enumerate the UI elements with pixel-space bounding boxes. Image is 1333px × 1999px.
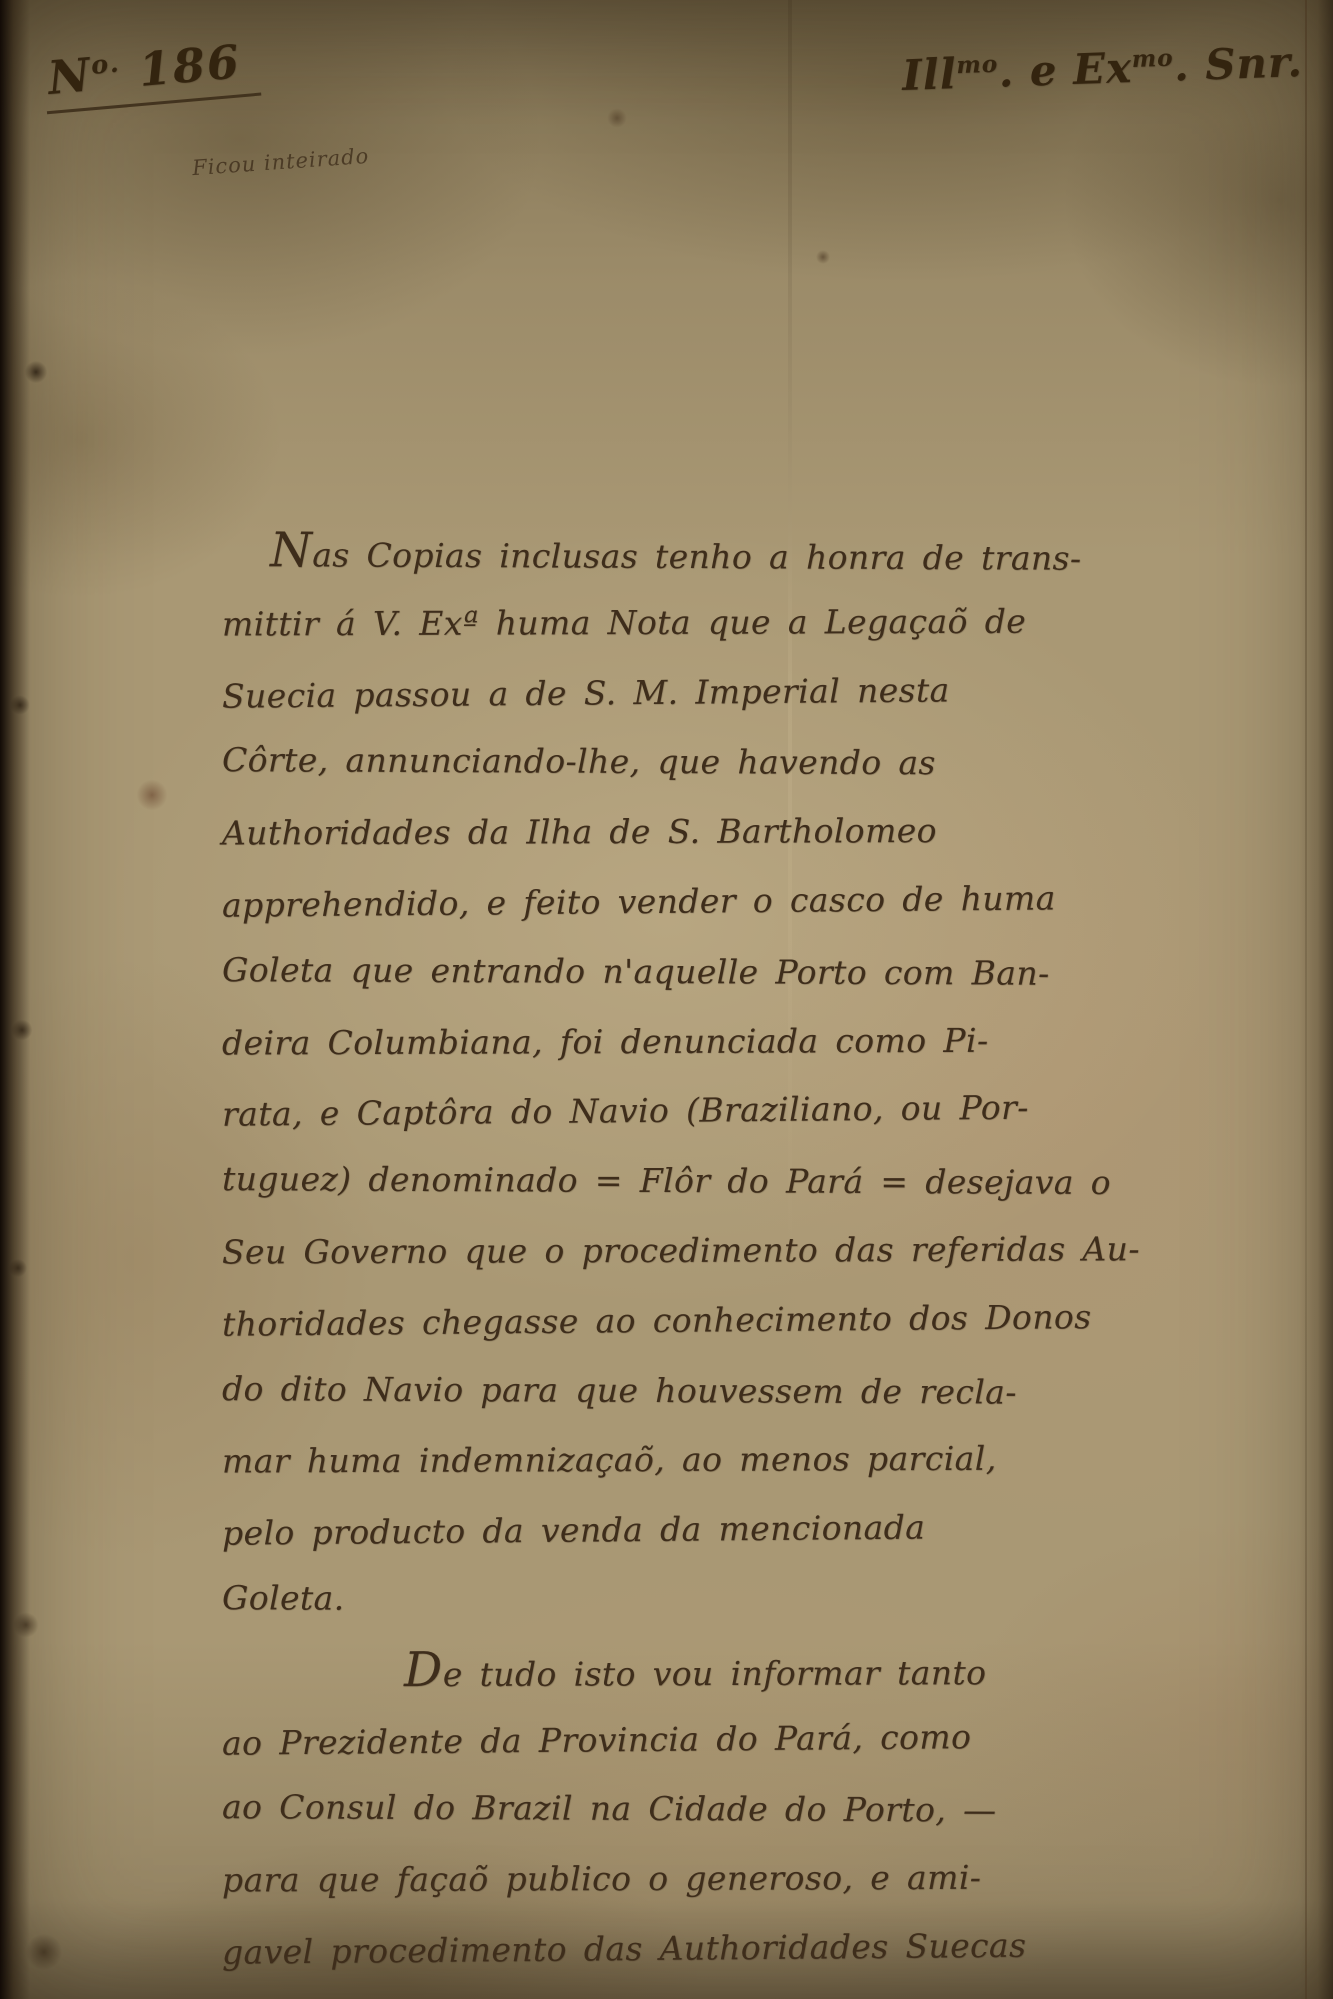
clerk-annotation: Ficou inteirado: [191, 144, 370, 180]
binding-shadow: [0, 0, 30, 1999]
manuscript-line: apprehendido, e feito vender o casco de …: [222, 863, 1083, 940]
manuscript-line: rata, e Captôra do Navio (Braziliano, ou…: [222, 1073, 1083, 1150]
manuscript-line: Goleta.: [222, 1563, 1082, 1637]
manuscript-line: pelo producto da venda da mencionada: [222, 1491, 1083, 1568]
salutation-superscript: mo: [956, 51, 999, 79]
salutation-part: . Snr.: [1173, 37, 1304, 90]
salutation-part: Ill: [901, 49, 957, 100]
manuscript-line: gavel procedimento das Authoridades Suec…: [222, 1910, 1083, 1987]
letter-body: Nas Copias inclusas tenho a honra de tra…: [222, 518, 1082, 1984]
manuscript-line: thoridades chegasse ao conhecimento dos …: [222, 1282, 1083, 1359]
salutation-superscript: mo: [1131, 45, 1174, 73]
manuscript-line: Goleta que entrando n'aquelle Porto com …: [222, 935, 1082, 1009]
manuscript-line: Côrte, annunciando-lhe, que havendo as: [222, 726, 1082, 800]
document-number: No. 186: [42, 33, 262, 115]
manuscript-line: do dito Navio para que houvessem de recl…: [222, 1354, 1082, 1428]
manuscript-line: ao Prezidente da Provincia do Pará, como: [222, 1701, 1083, 1778]
document-number-value: 186: [119, 34, 243, 98]
manuscript-line: tuguez) denominado = Flôr do Pará = dese…: [222, 1144, 1082, 1218]
manuscript-line: Suecia passou a de S. M. Imperial nesta: [222, 654, 1083, 731]
manuscript-page: No. 186 Illmo. e Exmo. Snr. Ficou inteir…: [0, 0, 1333, 1999]
manuscript-line: De tudo isto vou informar tanto: [404, 1634, 1082, 1706]
document-number-prefix: N: [46, 47, 95, 105]
salutation: Illmo. e Exmo. Snr.: [901, 37, 1303, 100]
manuscript-line: Authoridades da Ilha de S. Bartholomeo: [222, 796, 1082, 869]
manuscript-line: mar huma indemnizaçaõ, ao menos parcial,: [222, 1424, 1082, 1497]
manuscript-line: mittir á V. Exª huma Nota que a Legaçaõ …: [222, 586, 1082, 659]
manuscript-line: deira Columbiana, foi denunciada como Pi…: [222, 1005, 1082, 1078]
manuscript-line: ao Consul do Brazil na Cidade do Porto, …: [222, 1772, 1082, 1846]
page-edge-line: [1305, 0, 1307, 1999]
manuscript-line: para que façaõ publico o generoso, e ami…: [222, 1843, 1082, 1916]
document-number-superscript: o.: [90, 47, 122, 79]
manuscript-line: Seu Governo que o procedimento das refer…: [222, 1214, 1082, 1287]
manuscript-line: Nas Copias inclusas tenho a honra de tra…: [270, 516, 1082, 589]
salutation-part: . e Ex: [998, 43, 1133, 97]
